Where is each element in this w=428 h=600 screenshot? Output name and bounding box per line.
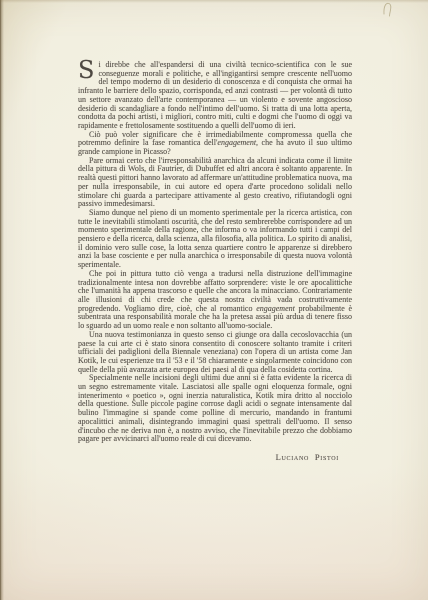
paragraph-5: Che poi in pittura tutto ciò venga a tra…: [78, 270, 352, 331]
page-top-scan-edge: [0, 0, 428, 3]
scanned-page: Si direbbe che all'espandersi di una civ…: [0, 0, 428, 600]
paragraph-4: Siamo dunque nel pieno di un momento spe…: [78, 209, 352, 270]
paragraph-3: Pare ormai certo che l'irresponsabilità …: [78, 157, 352, 209]
page-left-scan-edge: [0, 0, 4, 600]
drop-cap: S: [78, 61, 98, 79]
text-segment: Specialmente nelle incisioni degli ultim…: [78, 373, 352, 443]
text-segment: Pare ormai certo che l'irresponsabilità …: [78, 156, 352, 209]
pencil-mark: [382, 1, 398, 19]
paragraph-1: Si direbbe che all'espandersi di una civ…: [78, 61, 352, 131]
article-text-block: Si direbbe che all'espandersi di una civ…: [78, 61, 352, 462]
italic-term: engagement: [256, 304, 295, 313]
text-segment: i direbbe che all'espandersi di una civi…: [78, 60, 352, 130]
author-signature: Luciano Pistoi: [78, 453, 352, 462]
paragraph-6: Una nuova testimonianza in questo senso …: [78, 331, 352, 375]
paragraph-2: Ciò può voler significare che è irrimedi…: [78, 131, 352, 157]
paragraph-7: Specialmente nelle incisioni degli ultim…: [78, 374, 352, 444]
text-segment: Una nuova testimonianza in questo senso …: [78, 330, 352, 374]
text-segment: Siamo dunque nel pieno di un momento spe…: [78, 208, 352, 269]
italic-term: engagement: [217, 138, 256, 147]
